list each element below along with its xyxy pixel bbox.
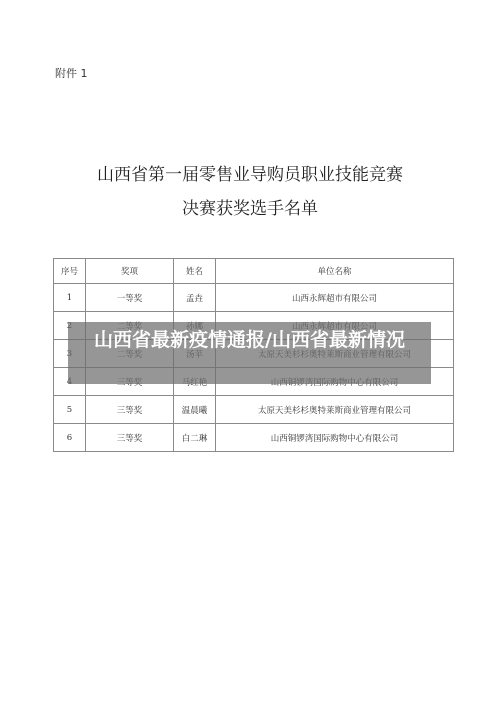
table-row: 5 三等奖 温晨曦 太原天美杉杉奥特莱斯商业管理有限公司 [54,396,454,424]
cell-organization: 山西永辉超市有限公司 [216,284,454,312]
table-header-row: 序号 奖项 姓名 单位名称 [54,259,454,284]
header-name: 姓名 [174,259,216,284]
cell-award: 一等奖 [86,284,174,312]
attachment-label: 附件 1 [55,65,88,81]
table-row: 6 三等奖 白二琳 山西铜锣湾国际购物中心有限公司 [54,424,454,452]
header-organization: 单位名称 [216,259,454,284]
cell-index: 1 [54,284,86,312]
headline-overlay-banner: 山西省最新疫情通报/山西省最新情况 [68,322,431,384]
cell-name: 温晨曦 [174,396,216,424]
document-title-line1: 山西省第一届零售业导购员职业技能竞赛 [0,160,500,185]
header-index: 序号 [54,259,86,284]
cell-organization: 山西铜锣湾国际购物中心有限公司 [216,424,454,452]
cell-award: 三等奖 [86,424,174,452]
cell-award: 三等奖 [86,396,174,424]
cell-organization: 太原天美杉杉奥特莱斯商业管理有限公司 [216,396,454,424]
header-award: 奖项 [86,259,174,284]
cell-name: 孟垚 [174,284,216,312]
cell-index: 5 [54,396,86,424]
document-title-line2: 决赛获奖选手名单 [0,194,500,219]
cell-index: 6 [54,424,86,452]
cell-name: 白二琳 [174,424,216,452]
table-row: 1 一等奖 孟垚 山西永辉超市有限公司 [54,284,454,312]
